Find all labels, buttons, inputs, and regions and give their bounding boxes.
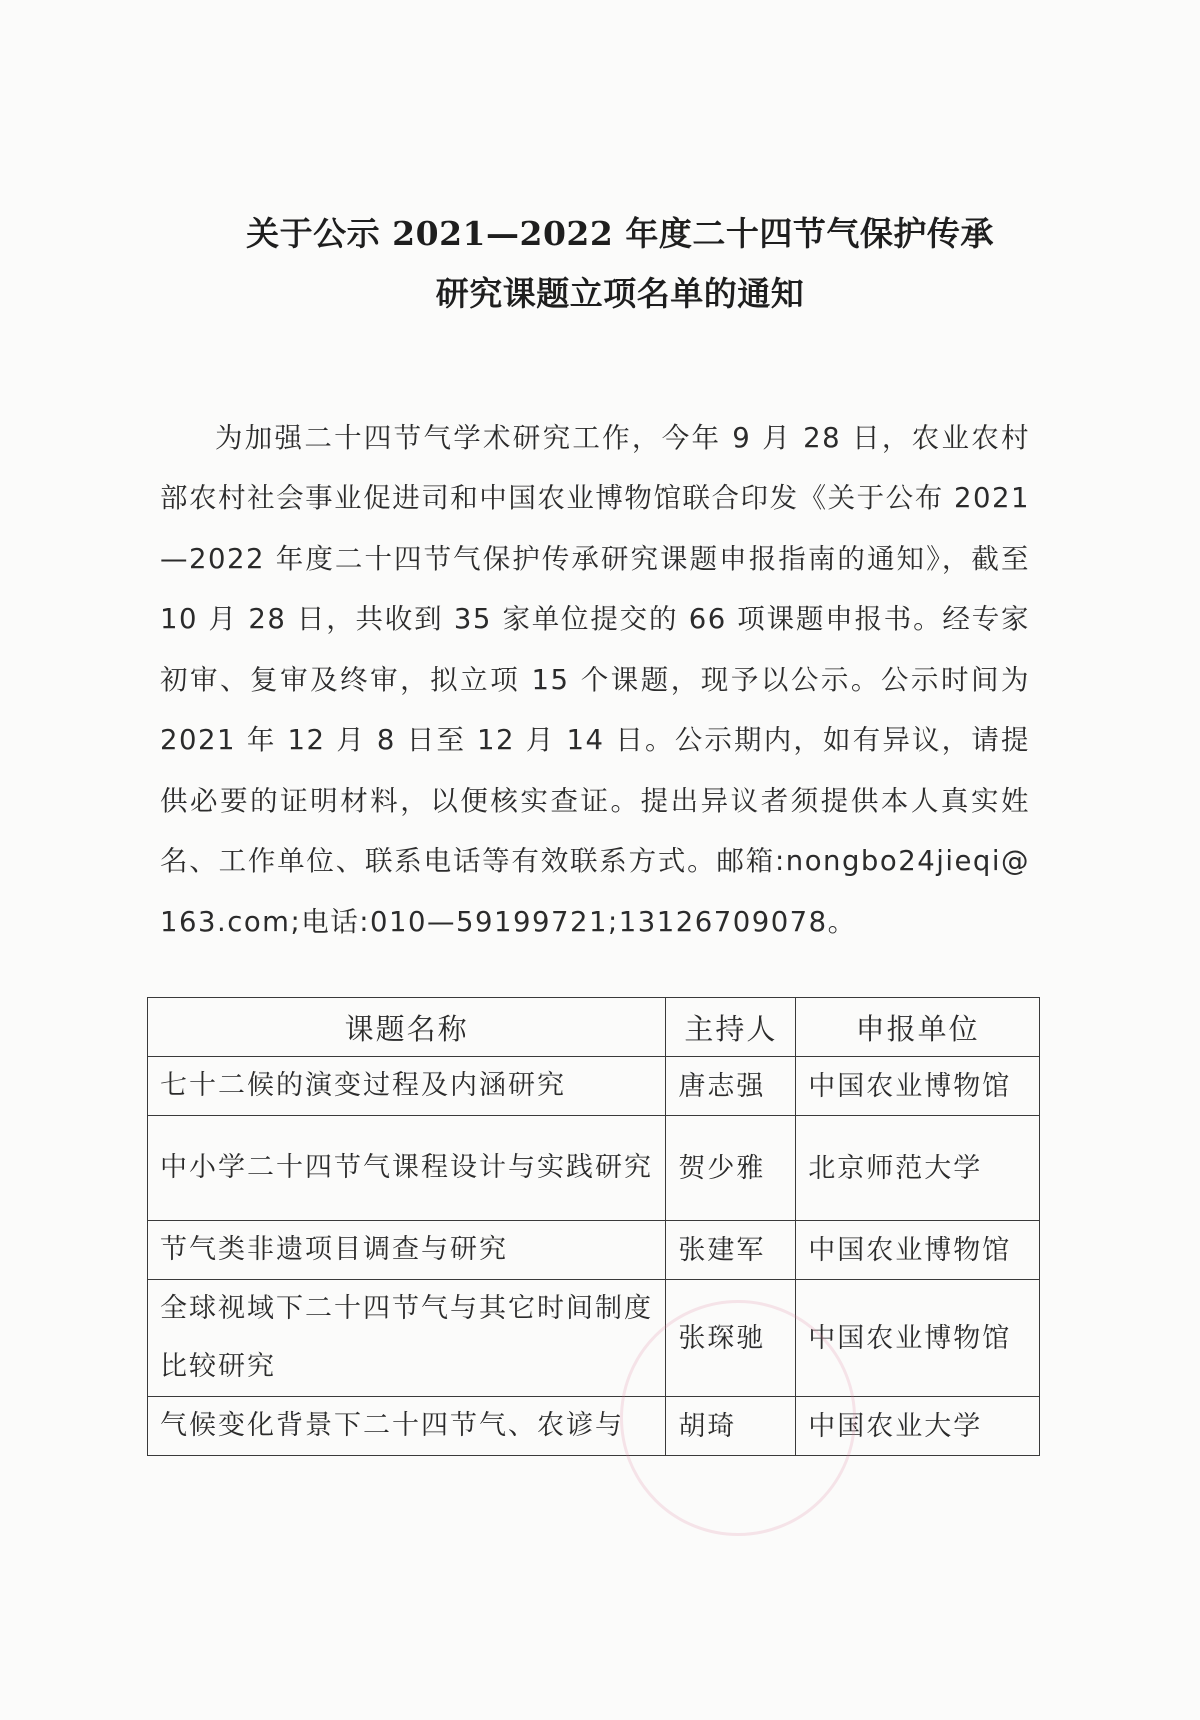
cell-topic: 七十二候的演变过程及内涵研究 [148, 1057, 666, 1116]
cell-host: 张琛驰 [666, 1280, 796, 1397]
project-list-table: 课题名称 主持人 申报单位 七十二候的演变过程及内涵研究 唐志强 中国农业博物馆… [147, 997, 1040, 1456]
table-row: 中小学二十四节气课程设计与实践研究 贺少雅 北京师范大学 [148, 1116, 1040, 1221]
cell-host: 唐志强 [666, 1057, 796, 1116]
cell-unit: 中国农业大学 [796, 1397, 1040, 1456]
table-row: 气候变化背景下二十四节气、农谚与 胡琦 中国农业大学 [148, 1397, 1040, 1456]
table-row: 全球视域下二十四节气与其它时间制度比较研究 张琛驰 中国农业博物馆 [148, 1280, 1040, 1397]
cell-topic: 全球视域下二十四节气与其它时间制度比较研究 [148, 1280, 666, 1397]
document-page: 关于公示 2021—2022 年度二十四节气保护传承 研究课题立项名单的通知 为… [0, 0, 1200, 1720]
header-host: 主持人 [666, 998, 796, 1057]
document-title-line-1: 关于公示 2021—2022 年度二十四节气保护传承 [40, 208, 1200, 255]
cell-unit: 中国农业博物馆 [796, 1221, 1040, 1280]
header-topic: 课题名称 [148, 998, 666, 1057]
cell-unit: 中国农业博物馆 [796, 1057, 1040, 1116]
cell-host: 贺少雅 [666, 1116, 796, 1221]
table-row: 七十二候的演变过程及内涵研究 唐志强 中国农业博物馆 [148, 1057, 1040, 1116]
notice-body-paragraph: 为加强二十四节气学术研究工作，今年 9 月 28 日，农业农村部农村社会事业促进… [160, 408, 1030, 953]
cell-host: 胡琦 [666, 1397, 796, 1456]
header-unit: 申报单位 [796, 998, 1040, 1057]
cell-topic: 中小学二十四节气课程设计与实践研究 [148, 1116, 666, 1221]
table-row: 节气类非遗项目调查与研究 张建军 中国农业博物馆 [148, 1221, 1040, 1280]
cell-unit: 中国农业博物馆 [796, 1280, 1040, 1397]
cell-unit: 北京师范大学 [796, 1116, 1040, 1221]
document-title-line-2: 研究课题立项名单的通知 [40, 268, 1200, 315]
cell-topic: 气候变化背景下二十四节气、农谚与 [148, 1397, 666, 1456]
cell-host: 张建军 [666, 1221, 796, 1280]
cell-topic: 节气类非遗项目调查与研究 [148, 1221, 666, 1280]
table-header-row: 课题名称 主持人 申报单位 [148, 998, 1040, 1057]
